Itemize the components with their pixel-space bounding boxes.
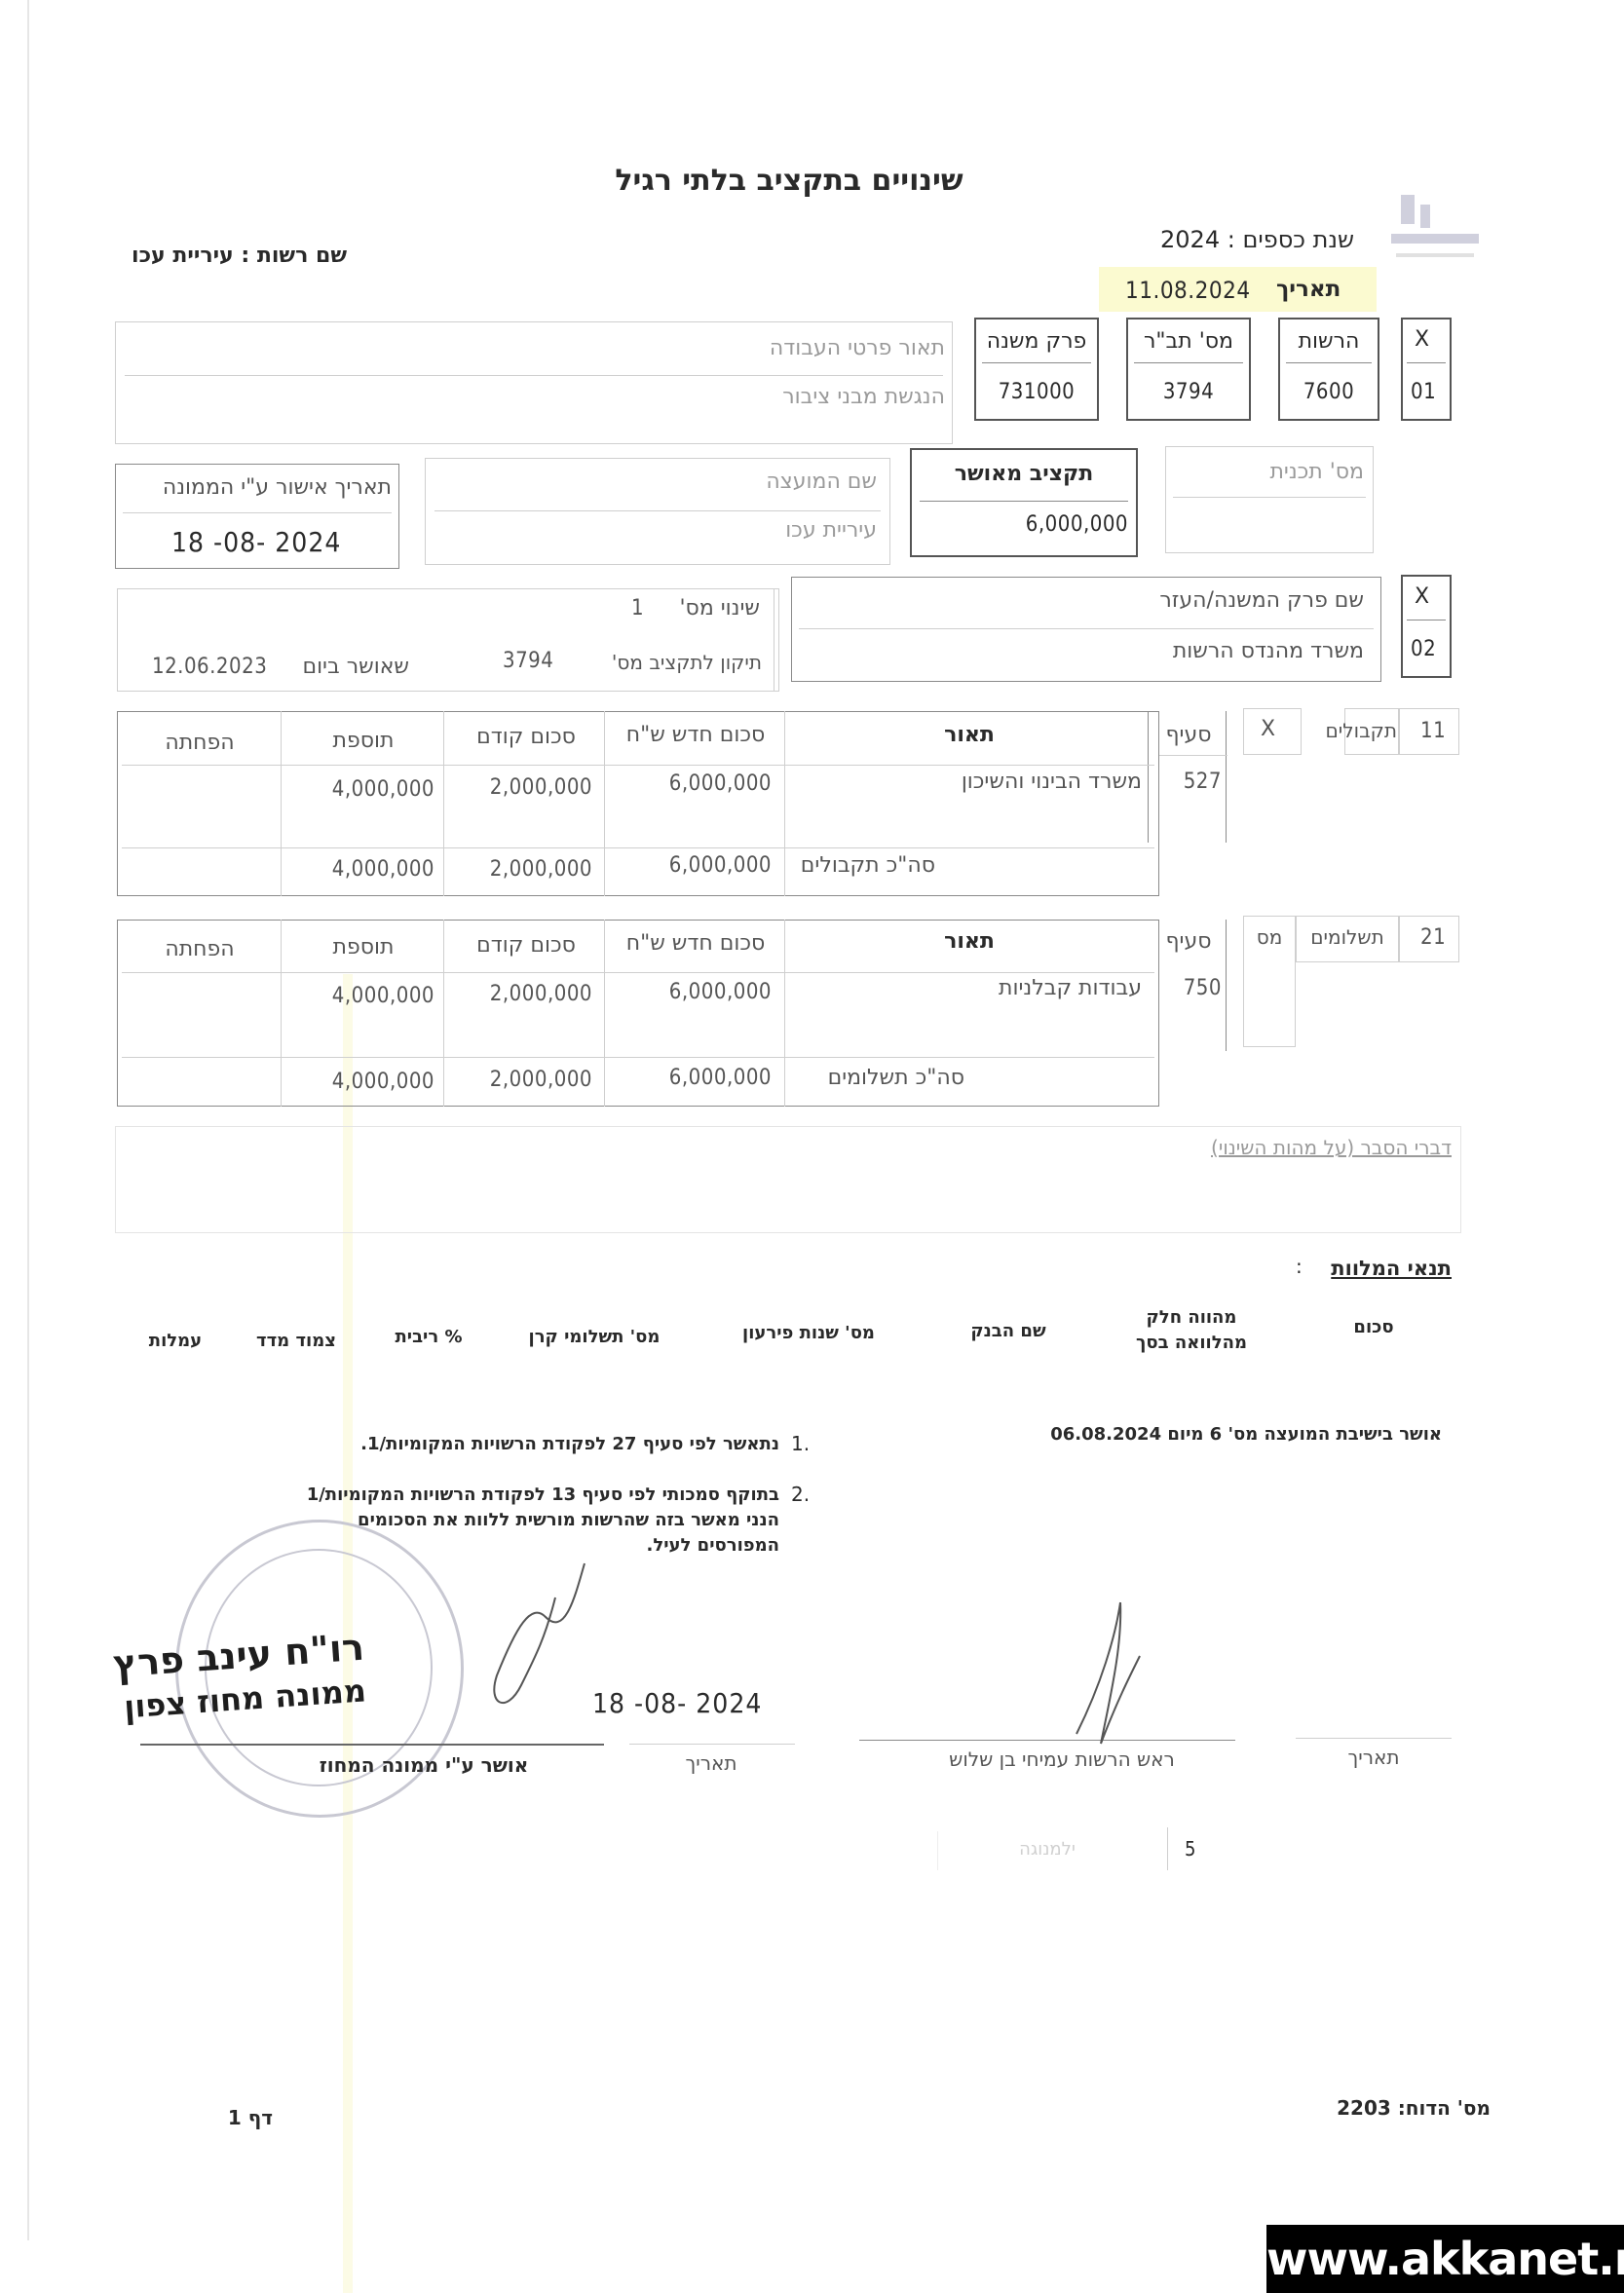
- date-value: 11.08.2024: [1125, 277, 1251, 304]
- row-addition: 4,000,000: [283, 777, 434, 802]
- item1-text: נתאשר לפי סעיף 27 לפקודת הרשויות המקומיו…: [292, 1434, 779, 1454]
- footer-box-number: 5: [1185, 1837, 1196, 1861]
- approved-on-label: שאושר ביום: [283, 655, 409, 679]
- authority-value: 7600: [1288, 380, 1370, 404]
- item1-number: 1.: [791, 1432, 810, 1455]
- payments-marker: מס: [1245, 925, 1294, 949]
- site-watermark: www.akkanet.net: [1266, 2225, 1624, 2293]
- row-description: משרד הבינוי והשיכון: [789, 770, 1142, 794]
- col-header-prev-amount: סכום קודם: [446, 725, 606, 749]
- head-date-line: [1296, 1738, 1452, 1739]
- approved-budget-value: 6,000,000: [920, 512, 1128, 537]
- col-header-new-amount: סכום חדש ש"ח: [606, 931, 785, 956]
- page-number: דף 1: [195, 2106, 273, 2129]
- loan-col-repayment-years: מס' שנות פירעון: [721, 1323, 896, 1343]
- subchapter-value: משרד מהנדס הרשות: [974, 639, 1364, 663]
- section-01-code: 01: [1411, 380, 1436, 404]
- report-number: מס' הדוח: 2203: [1266, 2096, 1491, 2120]
- col-header-reduction: הפחתה: [119, 731, 281, 755]
- payments-label: תשלומים: [1300, 925, 1395, 949]
- amendment-label: תיקון לתקציב מס': [585, 651, 762, 674]
- row-new-amount: 6,000,000: [606, 980, 772, 1004]
- explanation-label: דברי הסבר (על מהות השינוי): [1150, 1136, 1452, 1159]
- loan-col-fees: עמלות: [136, 1331, 214, 1351]
- loan-col-principal-payments: מס' תשלומי קרן: [507, 1327, 682, 1347]
- document-title: שינויים בתקציב בלתי רגיל: [604, 164, 974, 198]
- trustee-approval-label-bottom: אושר ע"י ממונה המחוז: [283, 1753, 565, 1777]
- loan-terms-colon: :: [1296, 1255, 1303, 1278]
- amendment-value: 3794: [503, 649, 553, 673]
- trustee-approval-label: תאריך אישור ע"י הממונה: [123, 475, 392, 500]
- col-header-description: תאור: [789, 929, 1150, 954]
- authority-name: שם רשות : עיריית עכו: [94, 244, 347, 268]
- date-label: תאריך: [1276, 277, 1341, 302]
- trustee-date-value: 18 -08- 2024: [592, 1687, 762, 1719]
- trustee-approval-value: 18 -08- 2024: [171, 526, 341, 558]
- payments-code: 21: [1420, 925, 1446, 950]
- section-02-marker: X: [1415, 584, 1429, 609]
- change-no-value: 1: [631, 596, 644, 620]
- chapter-label: פרק משנה: [978, 329, 1095, 354]
- col-header-reduction: הפחתה: [119, 937, 281, 961]
- col-header-section: סעיף: [1153, 929, 1224, 954]
- scan-edge: [27, 0, 29, 2240]
- row-new-amount: 6,000,000: [606, 771, 772, 796]
- col-header-addition: תוספת: [283, 729, 444, 753]
- loan-terms-heading: תנאי המלוות: [1305, 1257, 1452, 1280]
- change-no-label: שינוי מס': [585, 596, 760, 620]
- authority-label: הרשות: [1288, 329, 1370, 354]
- subchapter-label: שם פרק המשנה/העזר: [974, 588, 1364, 613]
- row-prev-amount: 2,000,000: [446, 982, 592, 1006]
- loan-col-bank-name: שם הבנק: [935, 1321, 1081, 1341]
- head-signature-line: [859, 1740, 1235, 1741]
- receipts-code: 11: [1420, 719, 1446, 743]
- fiscal-year: שנת כספים : 2024: [1140, 226, 1354, 253]
- total-prev-amount: 2,000,000: [446, 1068, 592, 1092]
- loan-col-amount: סכום: [1335, 1317, 1413, 1337]
- total-new-amount: 6,000,000: [606, 1066, 772, 1090]
- total-label: סה"כ תקבולים: [789, 853, 935, 878]
- total-prev-amount: 2,000,000: [446, 857, 592, 882]
- col-header-addition: תוספת: [283, 935, 444, 959]
- row-addition: 4,000,000: [283, 984, 434, 1008]
- council-approval-text: אושר בישיבת המועצה מס' 6 מיום 06.08.2024: [1013, 1424, 1442, 1445]
- tabar-value: 3794: [1130, 380, 1247, 404]
- section-01-marker: X: [1415, 327, 1429, 352]
- loan-col-interest: % ריבית: [380, 1327, 477, 1347]
- receipts-label: תקבולים: [1346, 719, 1397, 742]
- trustee-signature-line: [140, 1744, 604, 1746]
- head-of-authority-label: ראש הרשות עמיחי בן שלוש: [896, 1748, 1227, 1771]
- trustee-date-label: תאריך: [643, 1751, 779, 1775]
- work-desc-label: תאור פרטי העבודה: [682, 336, 945, 360]
- total-label: סה"כ תשלומים: [789, 1066, 964, 1090]
- trustee-date-line: [629, 1744, 795, 1745]
- row-prev-amount: 2,000,000: [446, 775, 592, 800]
- chapter-value: 731000: [978, 380, 1095, 404]
- total-addition: 4,000,000: [283, 1070, 434, 1094]
- head-date-label: תאריך: [1305, 1746, 1442, 1769]
- col-header-prev-amount: סכום קודם: [446, 933, 606, 958]
- section-02-code: 02: [1411, 637, 1436, 661]
- receipts-marker: X: [1261, 717, 1275, 741]
- council-name-value: עיריית עכו: [585, 518, 877, 543]
- total-new-amount: 6,000,000: [606, 853, 772, 878]
- row-section: 527: [1159, 770, 1222, 794]
- row-section: 750: [1159, 976, 1222, 1000]
- head-signature-icon: [1062, 1598, 1159, 1753]
- council-name-label: שם המועצה: [585, 470, 877, 494]
- loan-col-index-linked: צמוד מדד: [247, 1331, 345, 1351]
- footer-box-label: ילמנוגה: [994, 1839, 1101, 1860]
- total-addition: 4,000,000: [283, 857, 434, 882]
- tabar-label: מס' תב"ר: [1130, 329, 1247, 354]
- item2-number: 2.: [791, 1483, 810, 1506]
- col-header-new-amount: סכום חדש ש"ח: [606, 723, 785, 747]
- approved-on-value: 12.06.2023: [152, 655, 267, 679]
- plan-no-label: מס' תכנית: [1179, 460, 1364, 484]
- col-header-description: תאור: [789, 723, 1150, 747]
- col-header-section: סעיף: [1153, 723, 1224, 747]
- municipal-logo-icon: [1381, 185, 1489, 273]
- loan-col-part-of-loan: מהווה חלק מהלוואה בסך: [1118, 1305, 1265, 1356]
- work-desc-value: הנגשת מבני ציבור: [682, 385, 945, 409]
- trustee-signature-icon: [477, 1559, 594, 1734]
- item2-line1: בתוקף סמכותי לפי סעיף 13 לפקודת הרשויות …: [283, 1485, 779, 1505]
- row-description: עבודות קבלניות: [789, 976, 1142, 1000]
- approved-budget-label: תקציב מאושר: [920, 462, 1128, 486]
